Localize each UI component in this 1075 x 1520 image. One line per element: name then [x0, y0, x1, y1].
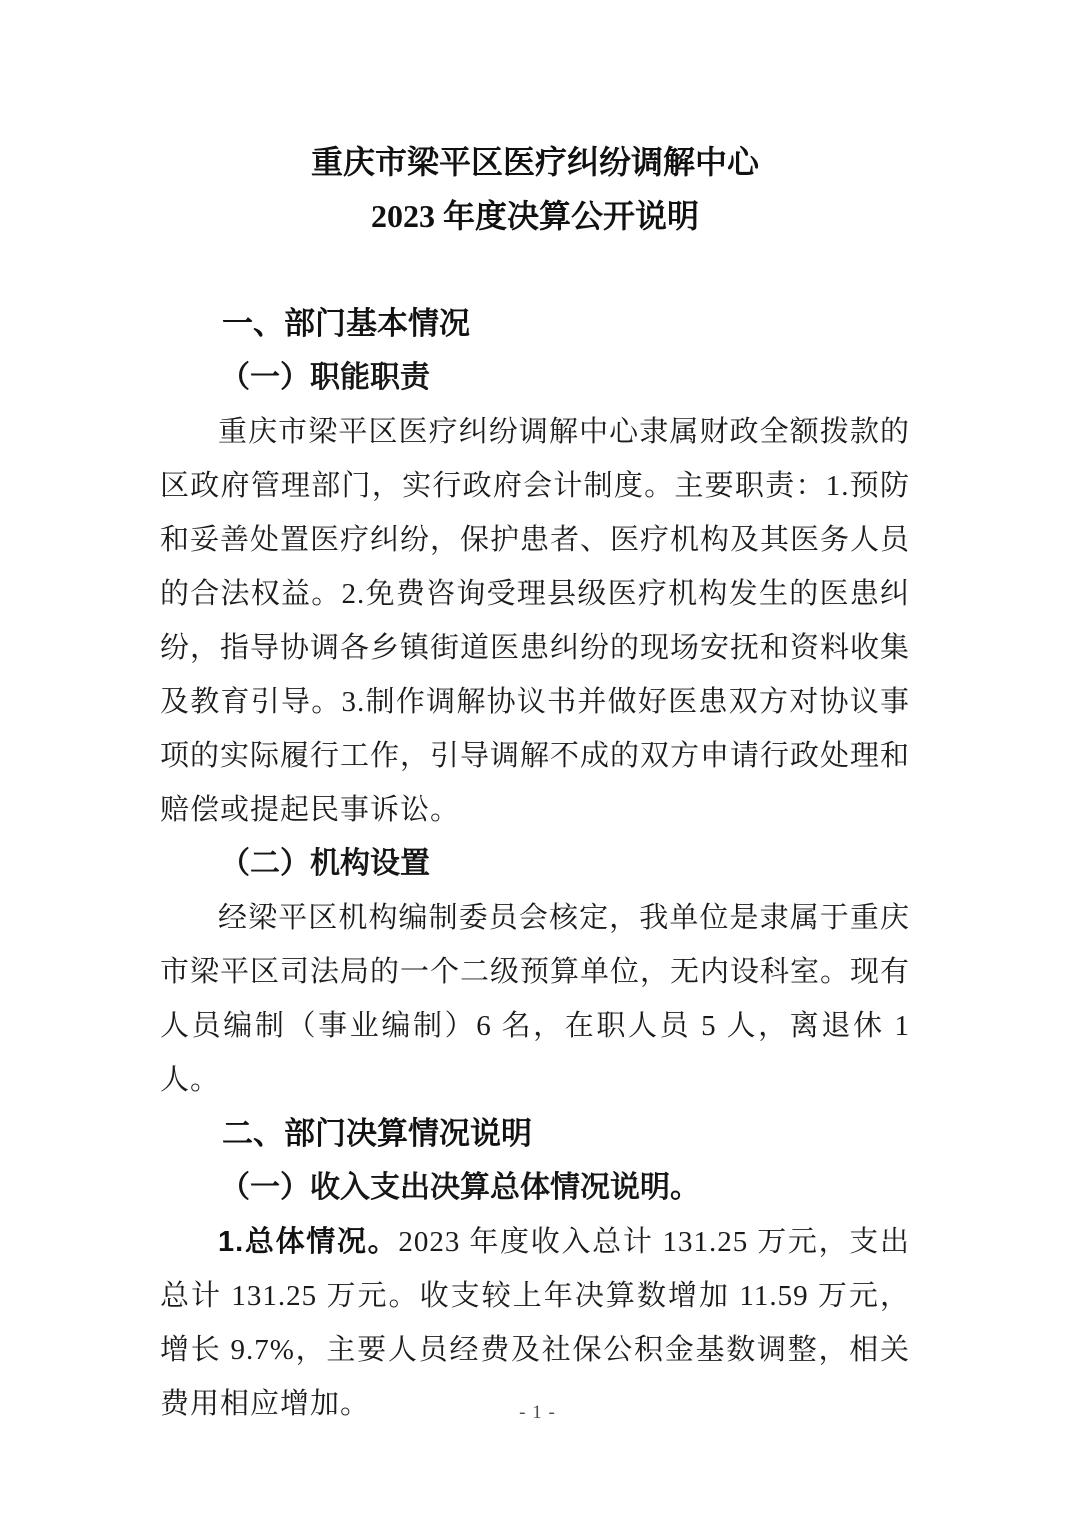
paragraph-overview-lead: 1.总体情况。: [218, 1226, 398, 1258]
page-number: - 1 -: [0, 1402, 1075, 1424]
section-heading-final-accounts: 二、部门决算情况说明: [160, 1107, 910, 1161]
subsection-heading-organization: （二）机构设置: [160, 837, 910, 891]
paragraph-organization: 经梁平区机构编制委员会核定，我单位是隶属于重庆市梁平区司法局的一个二级预算单位，…: [160, 891, 910, 1107]
title-gap: [160, 243, 910, 297]
document-content: 重庆市梁平区医疗纠纷调解中心 2023 年度决算公开说明 一、部门基本情况 （一…: [160, 135, 910, 1431]
subsection-heading-income-expense-overview: （一）收入支出决算总体情况说明。: [160, 1161, 910, 1215]
document-title-line-2: 2023 年度决算公开说明: [160, 189, 910, 243]
paragraph-duties: 重庆市梁平区医疗纠纷调解中心隶属财政全额拨款的区政府管理部门，实行政府会计制度。…: [160, 405, 910, 837]
document-title-line-1: 重庆市梁平区医疗纠纷调解中心: [160, 135, 910, 189]
paragraph-overview: 1.总体情况。2023 年度收入总计 131.25 万元，支出总计 131.25…: [160, 1215, 910, 1431]
document-page: 重庆市梁平区医疗纠纷调解中心 2023 年度决算公开说明 一、部门基本情况 （一…: [0, 0, 1075, 1520]
section-heading-basic-info: 一、部门基本情况: [160, 297, 910, 351]
subsection-heading-duties: （一）职能职责: [160, 351, 910, 405]
